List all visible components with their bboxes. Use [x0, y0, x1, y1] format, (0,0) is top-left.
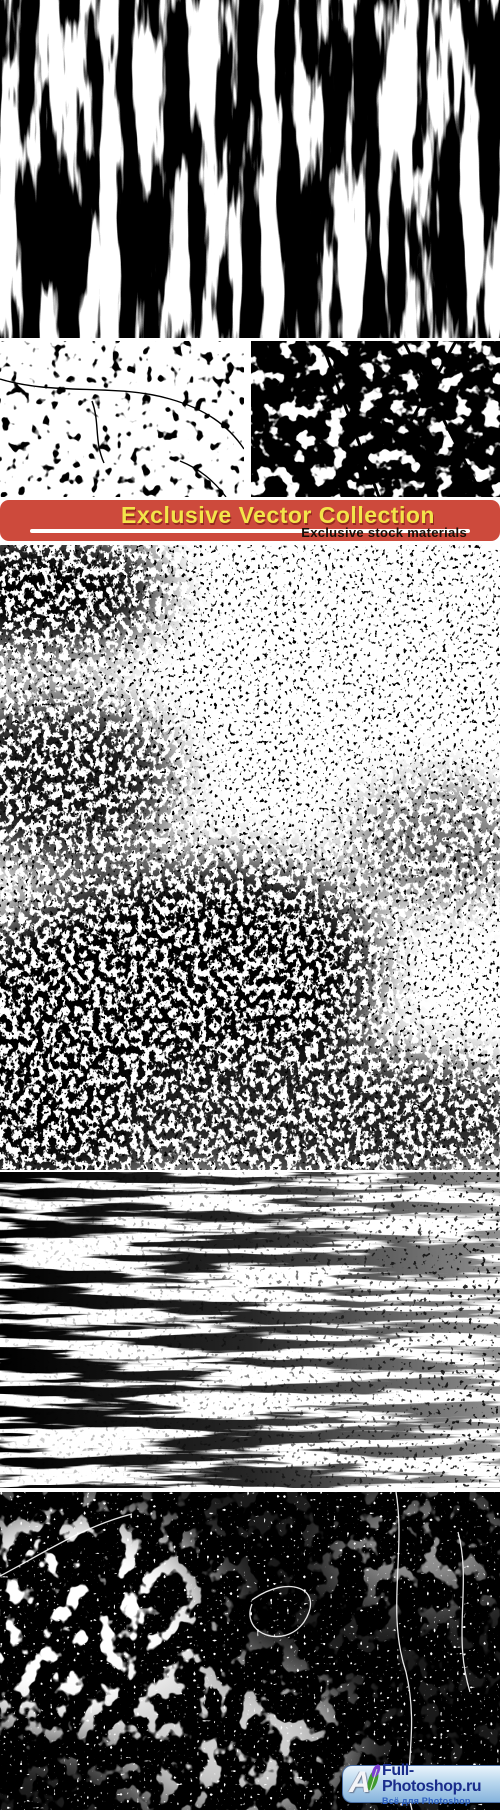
texture-cracked-plaster: [0, 341, 244, 497]
texture-dark-foliage: [251, 341, 500, 497]
watermark-logo: A: [343, 1765, 381, 1803]
promo-banner: Exclusive Vector Collection Exclusive st…: [0, 500, 500, 541]
banner-subtitle: Exclusive stock materials: [301, 525, 467, 540]
watermark-badge: A Full-Photoshop.ru Всё для Photoshop: [342, 1765, 500, 1803]
texture-speckled-distress: [0, 545, 500, 1170]
watermark-site-name: Full-Photoshop.ru: [382, 1763, 500, 1795]
stock-preview-image: Exclusive Vector Collection Exclusive st…: [0, 0, 500, 1810]
texture-tree-bark: [0, 0, 500, 338]
feather-icon: [362, 1763, 384, 1793]
texture-scratched-wood: [0, 1172, 500, 1488]
watermark-tagline: Всё для Photoshop: [382, 1797, 500, 1806]
watermark-text: Full-Photoshop.ru Всё для Photoshop: [382, 1763, 500, 1806]
